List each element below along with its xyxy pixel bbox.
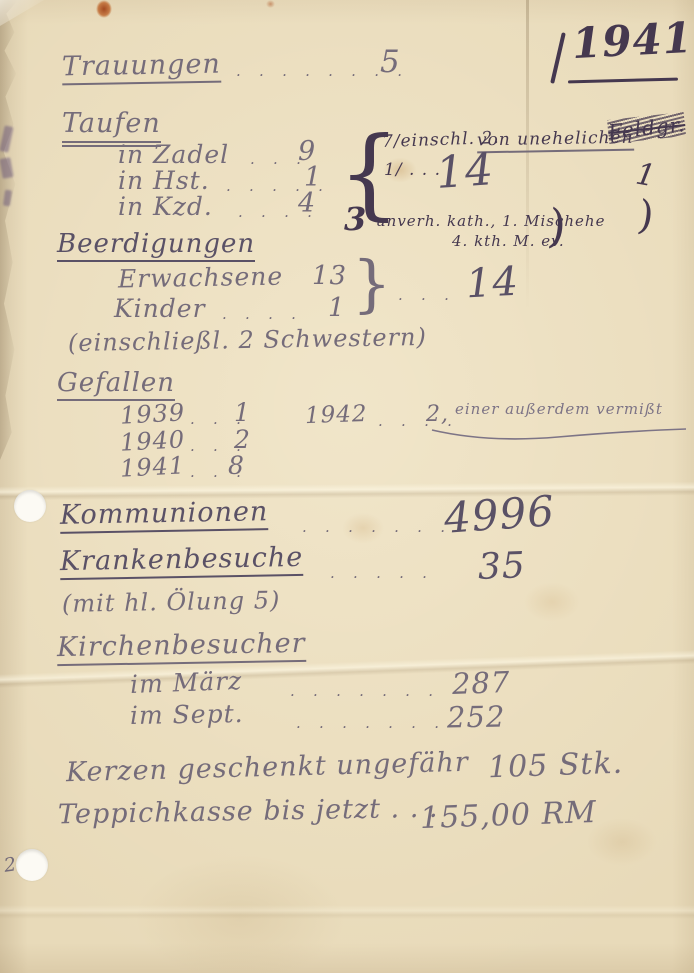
rust-stain: [96, 0, 112, 18]
kirchenbesucher-row-month: im März: [130, 666, 243, 699]
beerdigungen-row-place: Erwachsene: [118, 262, 284, 294]
torn-left-edge: [0, 0, 18, 460]
kerzen-value: 105 Stk.: [487, 746, 623, 786]
gefallen-label: Gefallen: [57, 368, 175, 401]
paper-sheet: 2 1941 Trauungen . . . . . . . . 5 Taufe…: [0, 0, 694, 973]
horizontal-fold-crease-bottom: [0, 905, 694, 919]
beerdigungen-note: (einschließl. 2 Schwestern): [68, 323, 427, 357]
kerzen-text: Kerzen geschenkt ungefähr: [66, 747, 469, 789]
trauungen-label: Trauungen: [62, 49, 221, 86]
gefallen-row-value: 1: [234, 398, 251, 427]
beerdigungen-label: Beerdigungen: [57, 229, 255, 262]
gefallen-row-value: 8: [228, 451, 245, 480]
beerdigungen-row-value: 1: [328, 293, 346, 323]
vertical-fold-crease: [526, 0, 529, 310]
horizontal-fold-crease-upper: [0, 481, 694, 500]
kirchenbesucher-row-leaders: . . . . . . .: [290, 682, 440, 700]
kirchenbesucher-row-value: 252: [447, 699, 506, 734]
trauungen-value: 5: [380, 44, 401, 80]
ink-smudge: [3, 190, 12, 207]
taufen-note-line3-lead: 3: [344, 200, 367, 238]
taufen-row-place: in Zadel: [118, 140, 229, 169]
beerdigungen-row-leaders: . . . .: [222, 305, 303, 323]
beerdigungen-total: 14: [465, 259, 520, 308]
year-label: 1941: [571, 13, 694, 68]
beerdigungen-row-place: Kinder: [114, 294, 206, 323]
ink-smudge: [0, 157, 14, 179]
krankenbesuche-label: Krankenbesuche: [60, 542, 304, 580]
krankenbesuche-note: (mit hl. Ölung 5): [62, 586, 281, 618]
gefallen-1942-remark: einer außerdem vermißt: [455, 400, 663, 418]
torn-corner: [0, 0, 44, 26]
kirchenbesucher-label: Kirchenbesucher: [57, 628, 306, 666]
kirchenbesucher-row-value: 287: [451, 665, 511, 701]
krankenbesuche-value: 35: [477, 545, 526, 588]
taufen-note-line3-paren: ): [636, 197, 656, 235]
kasse-value: 155,00 RM: [419, 795, 597, 836]
gefallen-row-value: 2: [234, 425, 251, 454]
beerdigungen-brace: }: [352, 256, 391, 312]
taufen-row-place: in Hst.: [118, 166, 210, 195]
kommunionen-label: Kommunionen: [60, 496, 269, 534]
kirchenbesucher-row-month: im Sept.: [130, 699, 244, 730]
page-number-mark: 2: [3, 853, 19, 877]
beerdigungen-total-leaders: . . .: [398, 286, 456, 304]
gefallen-1942-year: 1942: [305, 401, 368, 429]
taufen-note-line3: unverh. kath., 1. Mischehe: [376, 212, 605, 230]
taufen-note-line2: 1/ . . .: [384, 160, 441, 180]
taufen-row-place: in Kzd.: [118, 192, 213, 221]
year-underline: [568, 78, 678, 84]
punch-hole-bottom: [16, 849, 48, 881]
gefallen-row-year: 1941: [119, 451, 185, 482]
flourish-underline: [428, 424, 690, 444]
taufen-row-value: 4: [298, 188, 316, 219]
taufen-right-value: 1: [633, 157, 659, 195]
krankenbesuche-leaders: . . . . .: [330, 564, 434, 582]
rust-stain-small: [266, 0, 275, 8]
taufen-total: 14: [434, 144, 495, 199]
punch-hole-top: [14, 490, 46, 522]
taufen-note-crossed-out: Feldgr.: [607, 112, 686, 144]
year-tick-mark: [550, 32, 566, 84]
kirchenbesucher-row-leaders: . . . . . . .: [296, 714, 446, 732]
kommunionen-leaders: . . . . . . .: [302, 518, 452, 536]
kasse-text: Teppichkasse bis jetzt . . .: [58, 793, 439, 831]
kommunionen-value: 4996: [442, 486, 556, 543]
beerdigungen-row-value: 13: [312, 261, 347, 291]
